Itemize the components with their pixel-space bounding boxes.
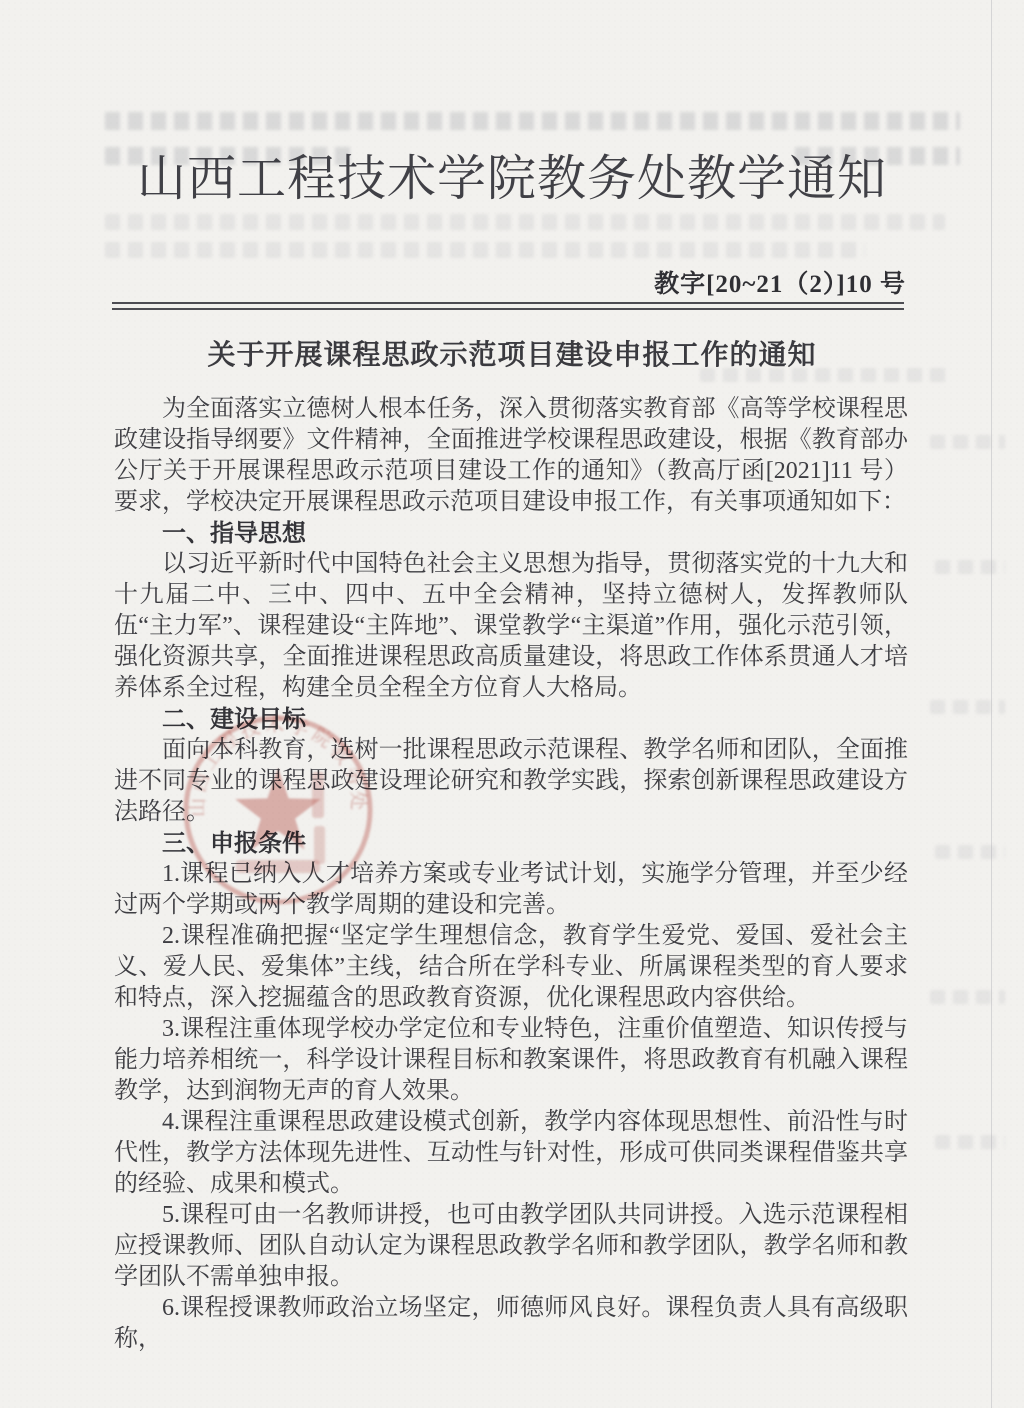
condition-item-3: 3.课程注重体现学校办学定位和专业特色，注重价值塑造、知识传授与能力培养相统一，… (114, 1014, 908, 1107)
bleedthrough-text (935, 560, 1005, 574)
section-3-heading: 三、申报条件 (114, 828, 908, 859)
section-1-paragraph: 以习近平新时代中国特色社会主义思想为指导，贯彻落实党的十九大和十九届二中、三中、… (114, 549, 908, 704)
condition-item-5: 5.课程可由一名教师讲授，也可由教学团队共同讲授。入选示范课程相应授课教师、团队… (114, 1200, 908, 1293)
notice-body: 为全面落实立德树人根本任务，深入贯彻落实教育部《高等学校课程思政建设指导纲要》文… (114, 394, 908, 1355)
doc-number: 教字[20~21（2）]10 号 (654, 264, 906, 300)
bleedthrough-text (930, 435, 1005, 449)
letterhead-divider (112, 302, 904, 310)
condition-item-1: 1.课程已纳入人才培养方案或专业考试计划，实施学分管理，并至少经过两个学期或两个… (114, 859, 908, 921)
section-1-heading: 一、指导思想 (114, 518, 908, 549)
intro-paragraph: 为全面落实立德树人根本任务，深入贯彻落实教育部《高等学校课程思政建设指导纲要》文… (114, 394, 908, 518)
section-2-paragraph: 面向本科教育，选树一批课程思政示范课程、教学名师和团队，全面推进不同专业的课程思… (114, 735, 908, 828)
bleedthrough-text (935, 1135, 1005, 1149)
condition-item-2: 2.课程准确把握“坚定学生理想信念，教育学生爱党、爱国、爱社会主义、爱人民、爱集… (114, 921, 908, 1014)
bleedthrough-text (105, 214, 945, 230)
bleedthrough-text (105, 112, 960, 130)
bleedthrough-text (935, 845, 1005, 859)
condition-item-4: 4.课程注重课程思政建设模式创新，教学内容体现思想性、前沿性与时代性，教学方法体… (114, 1107, 908, 1200)
bleedthrough-text (105, 242, 865, 258)
scan-fold-line (991, 0, 992, 1408)
letterhead-title: 山西工程技术学院教务处教学通知 (0, 148, 1024, 210)
bleedthrough-text (930, 990, 1005, 1004)
scanned-notice-page: 山西工程技术学院教务处教学通知 教字[20~21（2）]10 号 关于开展课程思… (0, 0, 1024, 1408)
bleedthrough-text (930, 700, 1005, 714)
notice-title: 关于开展课程思政示范项目建设申报工作的通知 (0, 333, 1024, 373)
section-2-heading: 二、建设目标 (114, 704, 908, 735)
condition-item-6: 6.课程授课教师政治立场坚定，师德师风良好。课程负责人具有高级职称， (114, 1293, 908, 1355)
